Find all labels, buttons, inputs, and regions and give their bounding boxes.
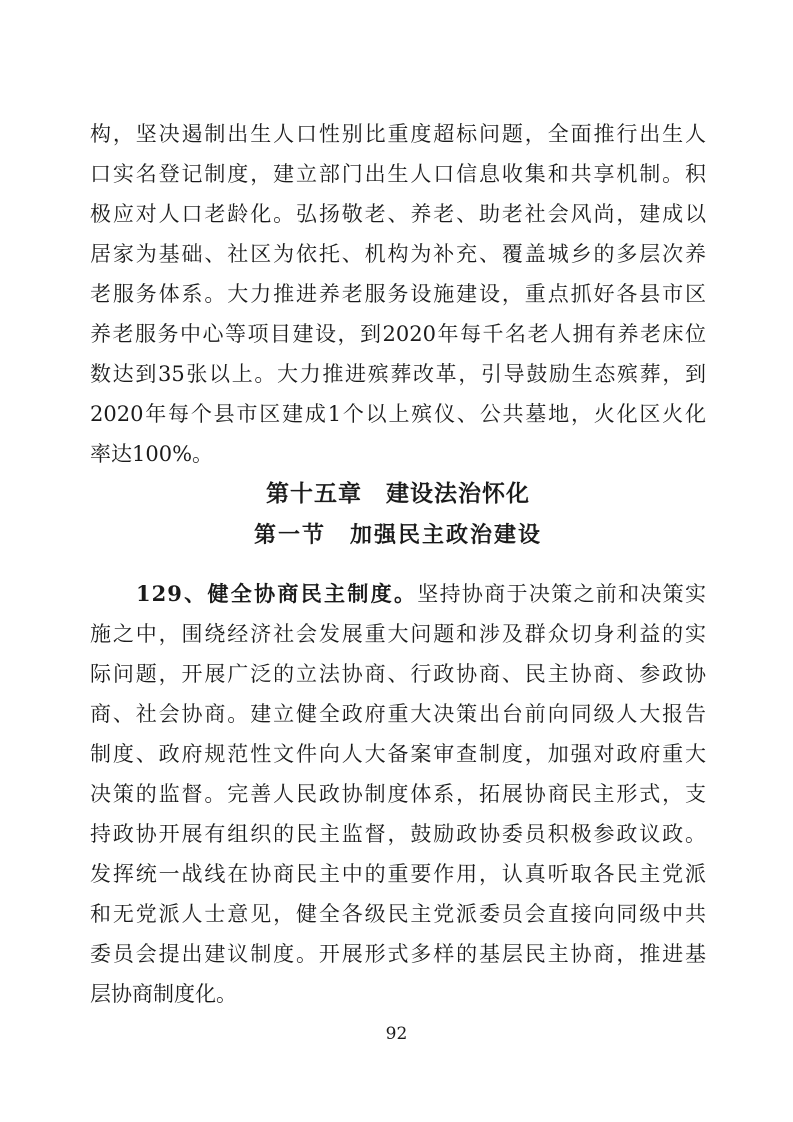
text-line: 养老服务中心等项目建设，到2020年每千名老人拥有养老床位	[90, 314, 706, 354]
text-line: 际问题，开展广泛的立法协商、行政协商、民主协商、参政协	[90, 654, 706, 694]
text-line: 和无党派人士意见，健全各级民主党派委员会直接向同级中共	[90, 894, 706, 934]
text-line: 129、健全协商民主制度。坚持协商于决策之前和决策实	[90, 574, 706, 614]
paragraph-population-elderly-care: 构，坚决遏制出生人口性别比重度超标问题，全面推行出生人口实名登记制度，建立部门出…	[90, 114, 706, 474]
text-block: 构，坚决遏制出生人口性别比重度超标问题，全面推行出生人口实名登记制度，建立部门出…	[90, 114, 706, 1014]
text-line: 施之中，围绕经济社会发展重大问题和涉及群众切身利益的实	[90, 614, 706, 654]
text-line: 决策的监督。完善人民政协制度体系，拓展协商民主形式，支	[90, 774, 706, 814]
page-number: 92	[0, 1022, 793, 1046]
paragraph-consultative-democracy: 129、健全协商民主制度。坚持协商于决策之前和决策实 施之中，围绕经济社会发展重…	[90, 574, 706, 1014]
text-line: 持政协开展有组织的民主监督，鼓励政协委员积极参政议政。	[90, 814, 706, 854]
clause-number-bold-lead: 129、健全协商民主制度。	[136, 581, 417, 606]
text-line: 制度、政府规范性文件向人大备案审查制度，加强对政府重大	[90, 734, 706, 774]
text-line: 口实名登记制度，建立部门出生人口信息收集和共享机制。积	[90, 154, 706, 194]
text-line: 委员会提出建议制度。开展形式多样的基层民主协商，推进基	[90, 934, 706, 974]
text-line: 2020年每个县市区建成1个以上殡仪、公共墓地，火化区火化	[90, 394, 706, 434]
text-line: 层协商制度化。	[90, 974, 706, 1014]
text-line: 老服务体系。大力推进养老服务设施建设，重点抓好各县市区	[90, 274, 706, 314]
text-line: 极应对人口老龄化。弘扬敬老、养老、助老社会风尚，建成以	[90, 194, 706, 234]
text-line: 居家为基础、社区为依托、机构为补充、覆盖城乡的多层次养	[90, 234, 706, 274]
text-line: 商、社会协商。建立健全政府重大决策出台前向同级人大报告	[90, 694, 706, 734]
text-line: 发挥统一战线在协商民主中的重要作用，认真听取各民主党派	[90, 854, 706, 894]
text-line: 数达到35张以上。大力推进殡葬改革，引导鼓励生态殡葬，到	[90, 354, 706, 394]
section-heading: 第一节 加强民主政治建设	[90, 514, 706, 556]
text-line: 率达100%。	[90, 434, 706, 474]
text-line: 构，坚决遏制出生人口性别比重度超标问题，全面推行出生人	[90, 114, 706, 154]
first-line-rest: 坚持协商于决策之前和决策实	[417, 582, 706, 606]
chapter-heading: 第十五章 建设法治怀化	[90, 474, 706, 514]
document-page: 构，坚决遏制出生人口性别比重度超标问题，全面推行出生人口实名登记制度，建立部门出…	[0, 0, 793, 1122]
